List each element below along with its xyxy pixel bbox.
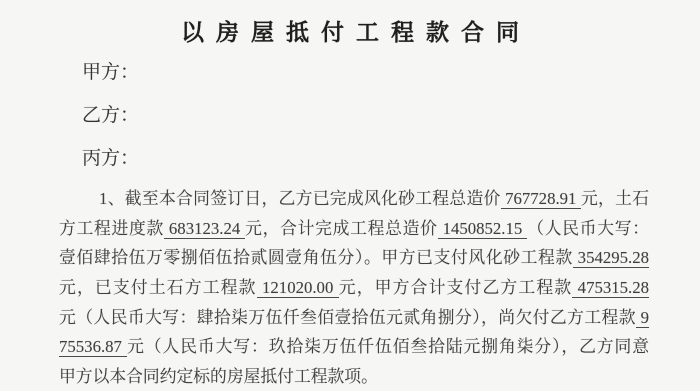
text-segment: 元，已支付土石方工程款 bbox=[59, 278, 257, 297]
clause-line-3: 壹佰肆拾伍万零捌佰伍拾贰圆壹角伍分）。甲方已支付风化砂工程款 354295.28 bbox=[59, 243, 649, 273]
text-segment: 1、截至本合同签订日，乙方已完成风化砂工程总造价 bbox=[99, 189, 501, 208]
party-c-label: 丙方： bbox=[82, 148, 139, 169]
text-segment: 元（人民币大写：玖拾柒万伍仟伍佰叁拾陆元捌角柒分），乙方同意 bbox=[127, 337, 649, 356]
clause-line-5: 元（人民币大写：肆拾柒万伍仟叁佰壹拾伍元贰角捌分），尚欠付乙方工程款 9 bbox=[59, 303, 649, 333]
clause-line-7: 甲方以本合同约定标的房屋抵付工程款项。 bbox=[59, 362, 649, 391]
text-segment: 元（人民币大写：肆拾柒万伍仟叁佰壹拾伍元贰角捌分），尚欠付乙方工程款 bbox=[59, 308, 636, 327]
amount-underlined: 354295.28 bbox=[573, 248, 649, 268]
text-segment: （人民币大写： bbox=[527, 219, 649, 238]
text-segment: 元，甲方合计支付乙方工程款 bbox=[339, 278, 573, 297]
clause-line-2: 方工程进度款 683123.24 元，合计完成工程总造价 1450852.15 … bbox=[59, 214, 649, 244]
amount-underlined: 121020.00 bbox=[257, 278, 339, 298]
text-segment: 元，合计完成工程总造价 bbox=[245, 219, 438, 238]
document-title: 以房屋抵付工程款合同 bbox=[0, 14, 700, 47]
clause-line-6: 75536.87 元（人民币大写：玖拾柒万伍仟伍佰叁拾陆元捌角柒分），乙方同意 bbox=[59, 332, 649, 362]
amount-underlined: 683123.24 bbox=[164, 219, 245, 239]
party-a-label: 甲方： bbox=[82, 62, 139, 83]
amount-underlined: 75536.87 bbox=[59, 337, 127, 357]
parties-block: 甲方： 乙方： 丙方： bbox=[82, 62, 139, 191]
clause-paragraph: 1、截至本合同签订日，乙方已完成风化砂工程总造价 767728.91 元，土石方… bbox=[59, 184, 649, 391]
text-segment: 元，土石 bbox=[581, 189, 649, 208]
clause-line-1: 1、截至本合同签订日，乙方已完成风化砂工程总造价 767728.91 元，土石 bbox=[59, 184, 649, 214]
amount-underlined: 1450852.15 bbox=[438, 219, 528, 239]
amount-underlined: 767728.91 bbox=[501, 189, 581, 209]
clause-line-4: 元，已支付土石方工程款 121020.00 元，甲方合计支付乙方工程款 4753… bbox=[59, 273, 649, 303]
text-segment: 甲方以本合同约定标的房屋抵付工程款项。 bbox=[59, 367, 378, 386]
contract-document: 以房屋抵付工程款合同 甲方： 乙方： 丙方： 1、截至本合同签订日，乙方已完成风… bbox=[0, 0, 700, 391]
text-segment: 壹佰肆拾伍万零捌佰伍拾贰圆壹角伍分）。甲方已支付风化砂工程款 bbox=[59, 248, 573, 267]
text-segment: 方工程进度款 bbox=[59, 219, 164, 238]
amount-underlined: 9 bbox=[636, 308, 649, 328]
party-b-label: 乙方： bbox=[82, 105, 139, 126]
amount-underlined: 475315.28 bbox=[572, 278, 649, 298]
